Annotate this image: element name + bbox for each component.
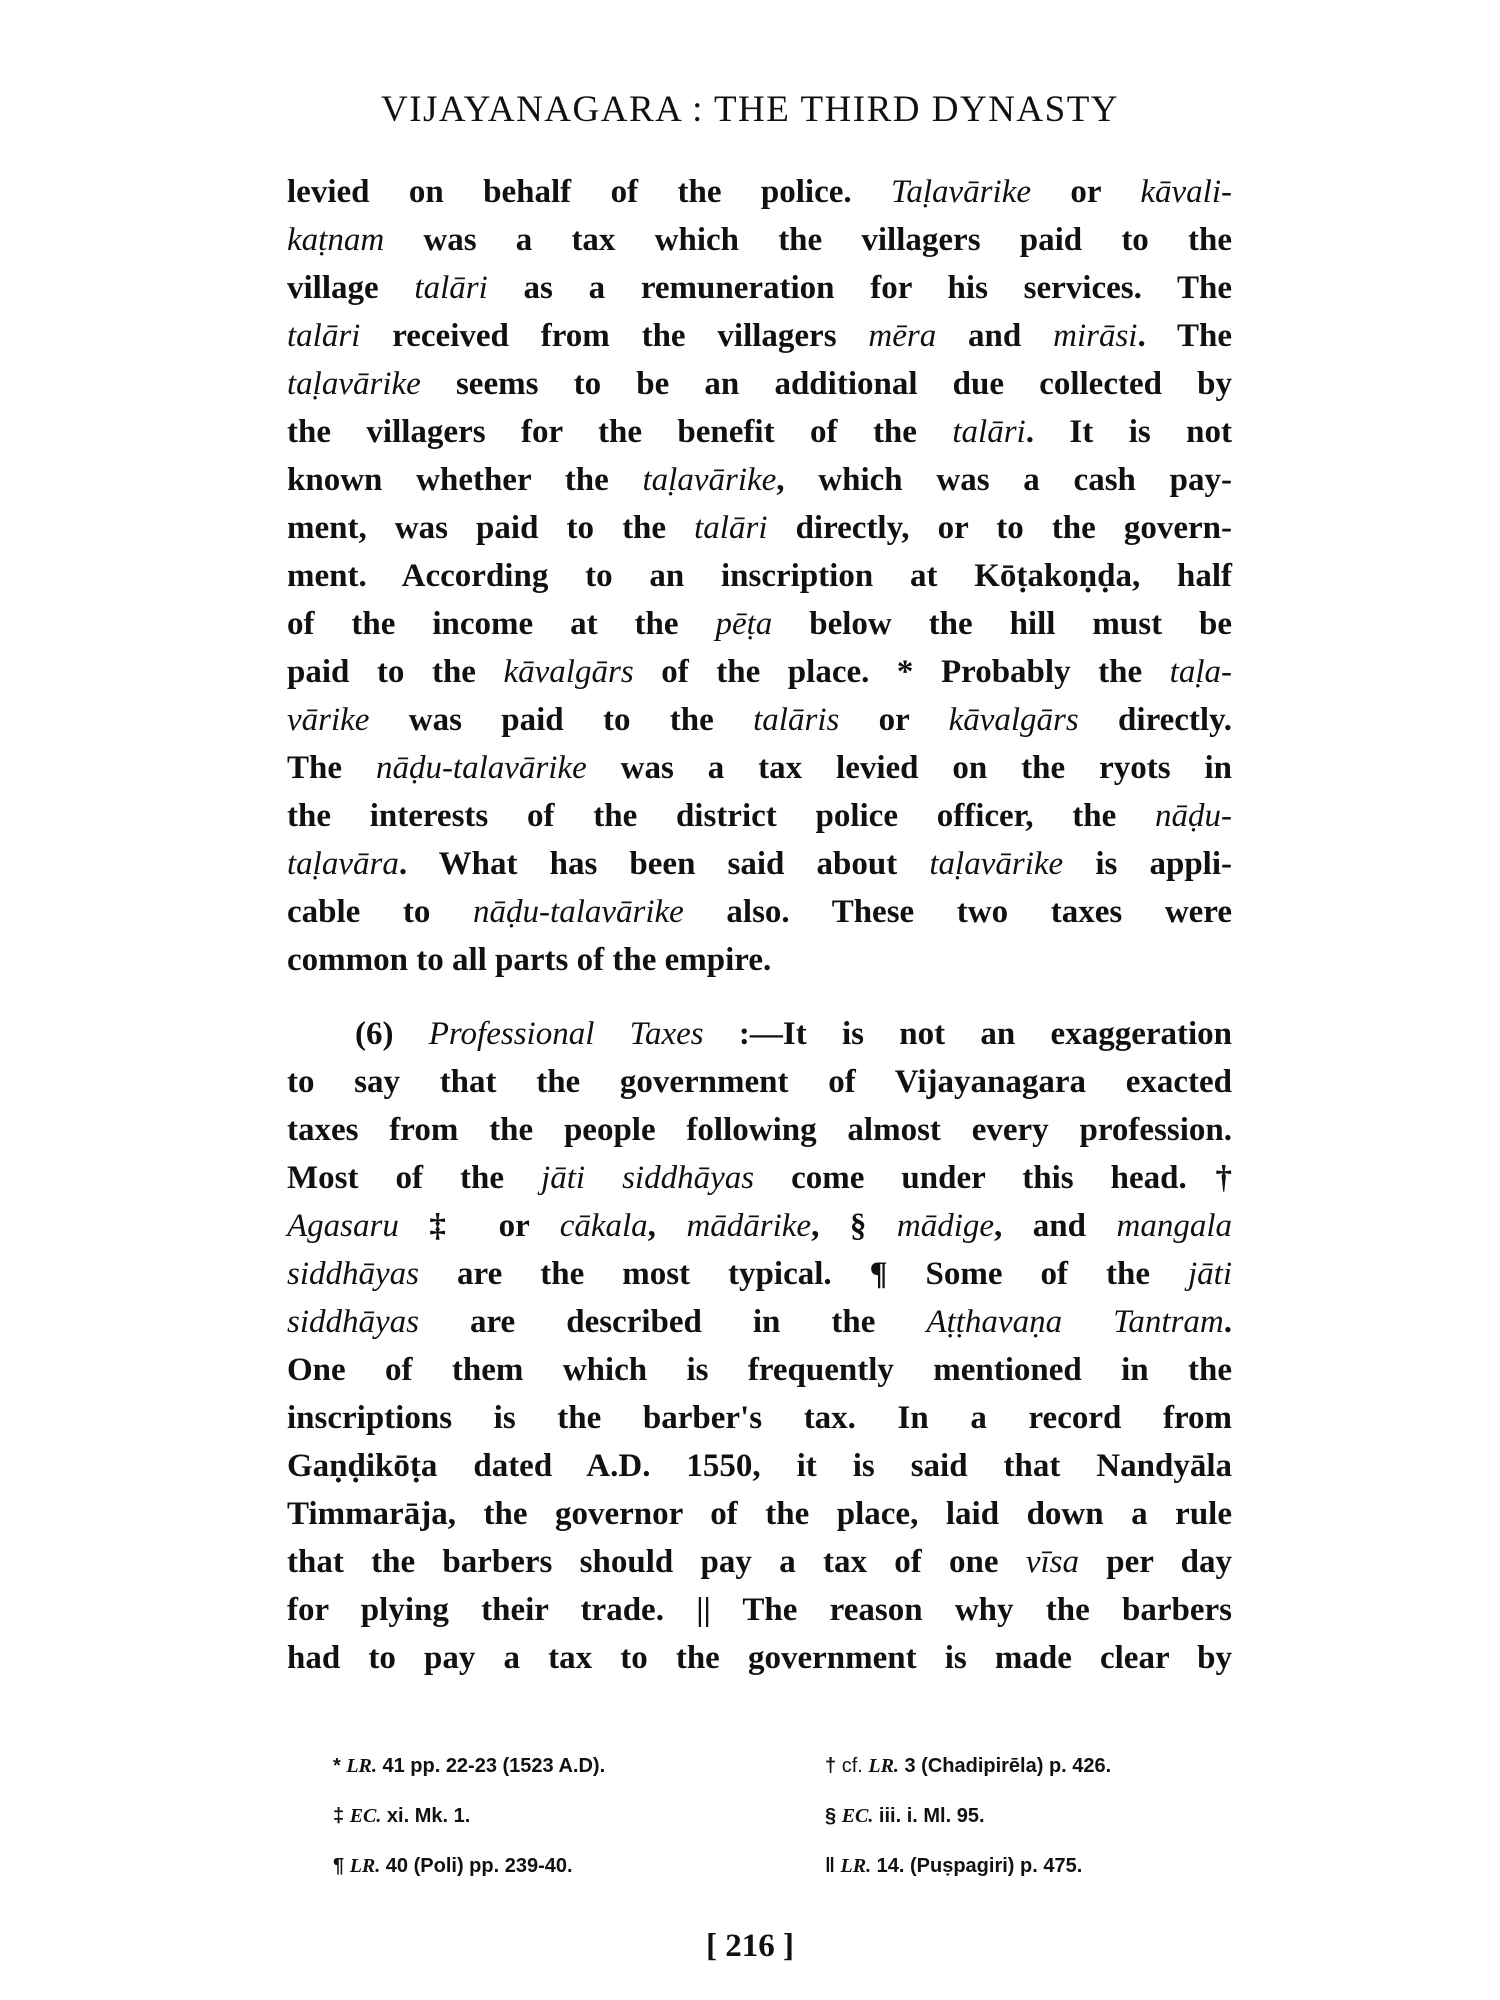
text-run: or <box>839 702 948 738</box>
text-line: siddhāyas are the most typical. ¶ Some o… <box>287 1252 1232 1296</box>
text-run: levied on behalf of the police. <box>287 174 891 210</box>
italic-term: mirāsi <box>1053 318 1137 354</box>
italic-term: vīsa <box>1026 1544 1079 1580</box>
text-run: also. These two taxes were <box>684 894 1232 930</box>
footnote-source-abbr: LR. <box>841 1855 872 1877</box>
text-run: of the place. * Probably the <box>634 654 1170 690</box>
italic-term: jāti <box>1188 1256 1232 1292</box>
text-run: village <box>287 270 414 306</box>
text-line: One of them which is frequently mentione… <box>287 1348 1232 1392</box>
footnote-prefix: cf. <box>842 1755 869 1777</box>
italic-term: taḷa- <box>1170 654 1232 690</box>
text-line: common to all parts of the empire. <box>287 938 1232 982</box>
text-run: common to all parts of the empire. <box>287 942 771 978</box>
text-line: the villagers for the benefit of the tal… <box>287 410 1232 454</box>
text-line: cable to nāḍu-talavārike also. These two… <box>287 890 1232 934</box>
text-line: known whether the taḷavārike, which was … <box>287 458 1232 502</box>
italic-term: talāri <box>414 270 487 306</box>
text-run: as a remuneration for his services. The <box>488 270 1232 306</box>
text-line: kaṭnam was a tax which the villagers pai… <box>287 218 1232 262</box>
text-run: and <box>936 318 1053 354</box>
text-line: paid to the kāvalgārs of the place. * Pr… <box>287 650 1232 694</box>
page-number: [ 216 ] <box>0 1928 1500 1965</box>
footnote-text: 40 (Poli) pp. 239-40. <box>380 1855 572 1877</box>
text-run: cable to <box>287 894 473 930</box>
text-run: . <box>1224 1304 1232 1340</box>
italic-term: taḷavārike <box>929 846 1063 882</box>
text-run: Most of the <box>287 1160 541 1196</box>
italic-term: pēṭa <box>715 606 772 642</box>
italic-term: siddhāyas <box>287 1304 419 1340</box>
text-line: levied on behalf of the police. Taḷavāri… <box>287 170 1232 214</box>
text-run: directly. <box>1079 702 1232 738</box>
text-line: had to pay a tax to the government is ma… <box>287 1636 1232 1680</box>
text-run: ment. According to an inscription at Kōṭ… <box>287 558 1232 594</box>
italic-term: talāris <box>753 702 839 738</box>
footnote-text: xi. Mk. 1. <box>381 1805 470 1827</box>
text-line: taxes from the people following almost e… <box>287 1108 1232 1152</box>
italic-term: kāvalgārs <box>504 654 634 690</box>
footnote-text: 14. (Puṣpagiri) p. 475. <box>871 1855 1082 1877</box>
footnote: ‡ EC. xi. Mk. 1. <box>333 1805 470 1828</box>
text-run: are described in the <box>419 1304 926 1340</box>
italic-term: nāḍu-talavārike <box>376 750 587 786</box>
italic-term: Aṭṭhavaṇa Tantram <box>926 1304 1223 1340</box>
text-run: was a tax which the villagers paid to th… <box>384 222 1232 258</box>
text-line: Agasaru ‡ or cākala, mādārike, § mādige,… <box>287 1204 1232 1248</box>
text-run: inscriptions is the barber's tax. In a r… <box>287 1400 1232 1436</box>
italic-term: nāḍu-talavārike <box>473 894 684 930</box>
footnote-mark: ‡ <box>333 1805 350 1827</box>
text-run: paid to the <box>287 654 504 690</box>
italic-term: talāri <box>287 318 360 354</box>
text-run: :—It is not an exaggeration <box>704 1016 1232 1052</box>
text-run: of the income at the <box>287 606 715 642</box>
text-run: taxes from the people following almost e… <box>287 1112 1232 1148</box>
footnote-source-abbr: LR. <box>868 1755 899 1777</box>
italic-term: talāri <box>952 414 1025 450</box>
text-run: , <box>648 1208 687 1244</box>
text-line: to say that the government of Vijayanaga… <box>287 1060 1232 1104</box>
text-line: for plying their trade. || The reason wh… <box>287 1588 1232 1632</box>
italic-term: vārike <box>287 702 369 738</box>
footnote: * LR. 41 pp. 22-23 (1523 A.D). <box>333 1755 605 1778</box>
italic-term: Professional Taxes <box>429 1016 704 1052</box>
text-line: siddhāyas are described in the Aṭṭhavaṇa… <box>287 1300 1232 1344</box>
text-run: had to pay a tax to the government is ma… <box>287 1640 1232 1676</box>
italic-term: talāri <box>694 510 767 546</box>
text-run: that the barbers should pay a tax of one <box>287 1544 1026 1580</box>
text-run: . It is not <box>1026 414 1232 450</box>
italic-term: mādige <box>897 1208 994 1244</box>
text-run: One of them which is frequently mentione… <box>287 1352 1232 1388</box>
italic-term: cākala <box>560 1208 648 1244</box>
text-line: talāri received from the villagers mēra … <box>287 314 1232 358</box>
text-run: ment, was paid to the <box>287 510 694 546</box>
text-line: Gaṇḍikōṭa dated A.D. 1550, it is said th… <box>287 1444 1232 1488</box>
text-run: was a tax levied on the ryots in <box>587 750 1232 786</box>
text-run: ‡ or <box>399 1208 560 1244</box>
italic-term: kāvalgārs <box>949 702 1079 738</box>
text-run: (6) <box>355 1016 429 1052</box>
italic-term: taḷavāra <box>287 846 399 882</box>
text-run: , § <box>811 1208 897 1244</box>
text-run: . The <box>1137 318 1232 354</box>
footnote-text: 3 (Chadipirēla) p. 426. <box>899 1755 1111 1777</box>
text-line: the interests of the district police off… <box>287 794 1232 838</box>
text-run: , and <box>994 1208 1116 1244</box>
text-run: received from the villagers <box>360 318 868 354</box>
italic-term: mādārike <box>686 1208 811 1244</box>
italic-term: taḷavārike <box>287 366 421 402</box>
italic-term: nāḍu- <box>1155 798 1232 834</box>
italic-term: siddhāyas <box>287 1256 419 1292</box>
text-run: Gaṇḍikōṭa dated A.D. 1550, it is said th… <box>287 1448 1232 1484</box>
text-run: per day <box>1079 1544 1232 1580</box>
italic-term: jāti siddhāyas <box>541 1160 754 1196</box>
footnote-mark: ¶ <box>333 1855 350 1877</box>
running-head: VIJAYANAGARA : THE THIRD DYNASTY <box>0 88 1500 131</box>
text-line: taḷavāra. What has been said about taḷav… <box>287 842 1232 886</box>
italic-term: taḷavārike <box>643 462 777 498</box>
text-run: are the most typical. ¶ Some of the <box>419 1256 1188 1292</box>
text-run: seems to be an additional due collected … <box>421 366 1232 402</box>
text-run: or <box>1031 174 1140 210</box>
footnote-source-abbr: EC. <box>350 1805 382 1827</box>
footnote-source-abbr: LR. <box>350 1855 381 1877</box>
text-line: village talāri as a remuneration for his… <box>287 266 1232 310</box>
text-run: . What has been said about <box>399 846 930 882</box>
footnote-mark: ‖ <box>825 1855 841 1877</box>
text-line: (6) Professional Taxes :—It is not an ex… <box>355 1012 1232 1056</box>
footnote-mark: * <box>333 1755 346 1777</box>
text-run: come under this head.† <box>754 1160 1232 1196</box>
footnote-source-abbr: EC. <box>842 1805 874 1827</box>
footnote: † cf. LR. 3 (Chadipirēla) p. 426. <box>825 1755 1111 1778</box>
italic-term: kāvali- <box>1140 174 1232 210</box>
text-line: ment, was paid to the talāri directly, o… <box>287 506 1232 550</box>
text-line: vārike was paid to the talāris or kāvalg… <box>287 698 1232 742</box>
text-run: was paid to the <box>369 702 753 738</box>
text-line: ment. According to an inscription at Kōṭ… <box>287 554 1232 598</box>
footnote: § EC. iii. i. Ml. 95. <box>825 1805 985 1828</box>
italic-term: mēra <box>868 318 936 354</box>
text-run: the villagers for the benefit of the <box>287 414 952 450</box>
italic-term: Agasaru <box>287 1208 399 1244</box>
text-run: known whether the <box>287 462 643 498</box>
text-run: the interests of the district police off… <box>287 798 1155 834</box>
text-line: that the barbers should pay a tax of one… <box>287 1540 1232 1584</box>
text-line: taḷavārike seems to be an additional due… <box>287 362 1232 406</box>
footnote-mark: † <box>825 1755 842 1777</box>
footnote-mark: § <box>825 1805 842 1827</box>
text-line: The nāḍu-talavārike was a tax levied on … <box>287 746 1232 790</box>
italic-term: kaṭnam <box>287 222 384 258</box>
text-run: Timmarāja, the governor of the place, la… <box>287 1496 1232 1532</box>
text-line: inscriptions is the barber's tax. In a r… <box>287 1396 1232 1440</box>
italic-term: mangala <box>1117 1208 1233 1244</box>
footnote-source-abbr: LR. <box>346 1755 377 1777</box>
text-run: directly, or to the govern- <box>768 510 1233 546</box>
text-run: below the hill must be <box>772 606 1232 642</box>
text-run: The <box>287 750 376 786</box>
text-run: to say that the government of Vijayanaga… <box>287 1064 1232 1100</box>
footnote: ¶ LR. 40 (Poli) pp. 239-40. <box>333 1855 573 1878</box>
text-line: Most of the jāti siddhāyas come under th… <box>287 1156 1232 1200</box>
footnote: ‖ LR. 14. (Puṣpagiri) p. 475. <box>825 1855 1082 1878</box>
text-line: of the income at the pēṭa below the hill… <box>287 602 1232 646</box>
footnote-text: 41 pp. 22-23 (1523 A.D). <box>377 1755 605 1777</box>
text-run: , which was a cash pay- <box>776 462 1232 498</box>
text-run: is appli- <box>1063 846 1232 882</box>
footnote-text: iii. i. Ml. 95. <box>873 1805 984 1827</box>
text-line: Timmarāja, the governor of the place, la… <box>287 1492 1232 1536</box>
italic-term: Taḷavārike <box>891 174 1031 210</box>
text-run: for plying their trade. || The reason wh… <box>287 1592 1232 1628</box>
